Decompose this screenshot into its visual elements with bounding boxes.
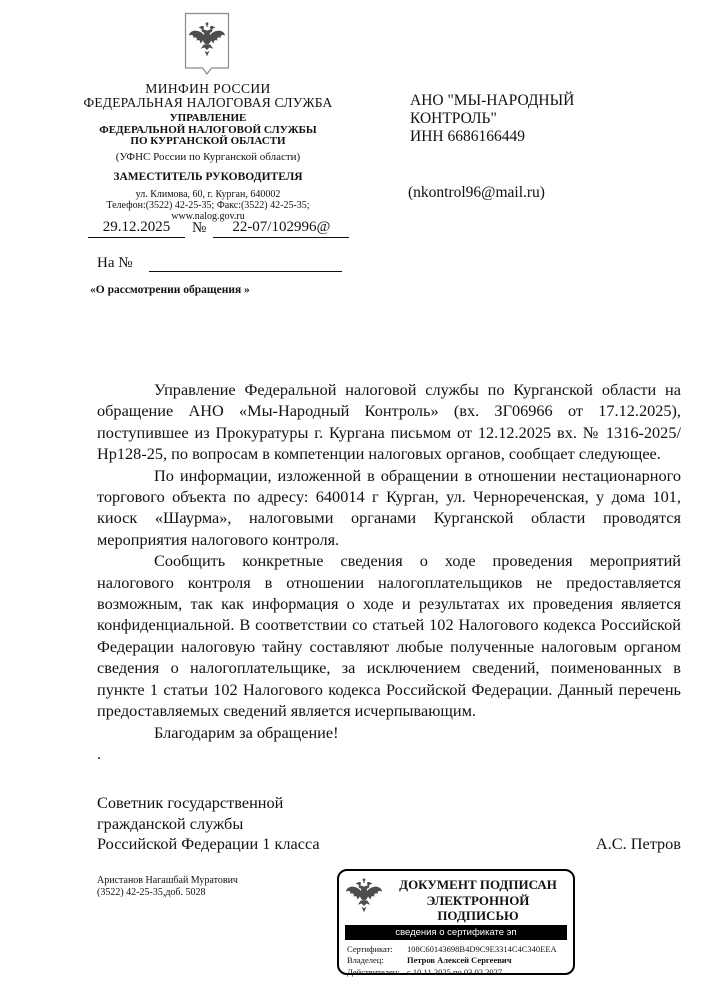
service-name: ФЕДЕРАЛЬНАЯ НАЛОГОВАЯ СЛУЖБА bbox=[62, 96, 354, 110]
ministry-name: МИНФИН РОССИИ bbox=[62, 82, 354, 96]
stamp-certificate-row: Сертификат: 108C60143698B4D9C9E3314C4C34… bbox=[347, 944, 568, 956]
letter-date: 29.12.2025 bbox=[88, 219, 185, 238]
reply-label: На № bbox=[97, 255, 133, 272]
signer-name: А.С. Петров bbox=[596, 834, 681, 855]
recipient-name-line2: КОНТРОЛЬ" bbox=[410, 110, 675, 128]
stamp-validity-row: Действителен: с 10.11.2025 по 03.02.2027 bbox=[347, 967, 568, 979]
validity-value: с 10.11.2025 по 03.02.2027 bbox=[407, 967, 502, 979]
double-headed-eagle-icon bbox=[184, 12, 230, 78]
sender-address-block: ул. Климова, 60, г. Курган, 640002 Телеф… bbox=[62, 189, 354, 222]
signer-position-line1: Советник государственной bbox=[97, 793, 681, 814]
recipient-block: АНО "МЫ-НАРОДНЫЙ КОНТРОЛЬ" ИНН 668616644… bbox=[410, 92, 675, 146]
coat-of-arms-emblem bbox=[184, 12, 230, 83]
electronic-signature-stamp: ДОКУМЕНТ ПОДПИСАН ЭЛЕКТРОННОЙ ПОДПИСЬЮ с… bbox=[337, 869, 575, 975]
stamp-certificate-bar: сведения о сертификате эп bbox=[345, 925, 567, 940]
number-sign: № bbox=[192, 220, 206, 237]
recipient-email: (nkontrol96@mail.ru) bbox=[408, 184, 545, 202]
signature-block: Советник государственной гражданской слу… bbox=[97, 793, 681, 855]
reply-reference-row: На № bbox=[97, 254, 342, 272]
sender-position-title: ЗАМЕСТИТЕЛЬ РУКОВОДИТЕЛЯ bbox=[62, 171, 354, 183]
body-paragraph: По информации, изложенной в обращении в … bbox=[97, 465, 681, 551]
body-paragraph: Сообщить конкретные сведения о ходе пров… bbox=[97, 550, 681, 721]
stamp-title-line1: ДОКУМЕНТ ПОДПИСАН bbox=[388, 877, 568, 893]
letter-subject: «О рассмотрении обращения » bbox=[90, 284, 250, 296]
letter-number: 22-07/102996@ bbox=[213, 219, 349, 238]
department-line1: УПРАВЛЕНИЕ bbox=[62, 113, 354, 125]
executor-phone: (3522) 42-25-35,доб. 5028 bbox=[97, 887, 238, 899]
department-line3: ПО КУРГАНСКОЙ ОБЛАСТИ bbox=[62, 136, 354, 148]
stamp-title: ДОКУМЕНТ ПОДПИСАН ЭЛЕКТРОННОЙ ПОДПИСЬЮ bbox=[388, 874, 568, 924]
stamp-eagle-icon bbox=[344, 875, 388, 924]
certificate-label: Сертификат: bbox=[347, 944, 407, 956]
executor-block: Аристанов Нагашбай Муратович (3522) 42-2… bbox=[97, 875, 238, 899]
signer-position-line2: гражданской службы bbox=[97, 814, 681, 835]
signer-position-line3: Российской Федерации 1 класса bbox=[97, 834, 681, 855]
stamp-header: ДОКУМЕНТ ПОДПИСАН ЭЛЕКТРОННОЙ ПОДПИСЬЮ bbox=[344, 874, 568, 924]
sender-phone-fax: Телефон:(3522) 42-25-35; Факс:(3522) 42-… bbox=[62, 200, 354, 211]
sender-address: ул. Климова, 60, г. Курган, 640002 bbox=[62, 189, 354, 200]
stray-period: . bbox=[97, 743, 681, 764]
reply-number-blank-line bbox=[149, 254, 342, 272]
stamp-owner-row: Владелец: Петров Алексей Сергеевич bbox=[347, 955, 568, 967]
thanks-line: Благодарим за обращение! bbox=[97, 722, 681, 743]
reference-row: 29.12.2025 № 22-07/102996@ bbox=[88, 219, 349, 238]
certificate-value: 108C60143698B4D9C9E3314C4C340EEA bbox=[407, 944, 557, 956]
validity-label: Действителен: bbox=[347, 967, 407, 979]
owner-label: Владелец: bbox=[347, 955, 407, 967]
recipient-inn: ИНН 6686166449 bbox=[410, 128, 675, 146]
owner-value: Петров Алексей Сергеевич bbox=[407, 955, 512, 967]
recipient-name-line1: АНО "МЫ-НАРОДНЫЙ bbox=[410, 92, 675, 110]
letterhead: МИНФИН РОССИИ ФЕДЕРАЛЬНАЯ НАЛОГОВАЯ СЛУЖ… bbox=[62, 82, 354, 222]
letter-body: Управление Федеральной налоговой службы … bbox=[97, 379, 681, 764]
letter-page: МИНФИН РОССИИ ФЕДЕРАЛЬНАЯ НАЛОГОВАЯ СЛУЖ… bbox=[0, 0, 708, 988]
stamp-title-line2: ЭЛЕКТРОННОЙ ПОДПИСЬЮ bbox=[388, 893, 568, 924]
executor-name: Аристанов Нагашбай Муратович bbox=[97, 875, 238, 887]
body-paragraph: Управление Федеральной налоговой службы … bbox=[97, 379, 681, 465]
department-short-name: (УФНС России по Курганской области) bbox=[62, 151, 354, 163]
stamp-details: Сертификат: 108C60143698B4D9C9E3314C4C34… bbox=[344, 944, 568, 979]
